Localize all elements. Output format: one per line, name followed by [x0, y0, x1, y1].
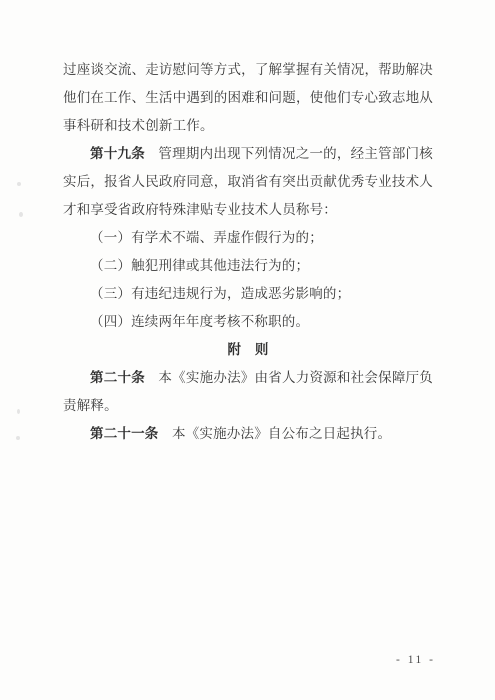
article-19-label: 第十九条	[90, 146, 145, 161]
page-number: - 11 -	[396, 654, 435, 666]
article-19-paragraph: 第十九条管理期内出现下列情况之一的，经主管部门核实后，报省人民政府同意，取消省有…	[63, 140, 433, 224]
scan-noise-speck	[17, 182, 21, 186]
article-20-label: 第二十条	[90, 370, 145, 385]
article-20-paragraph: 第二十条本《实施办法》由省人力资源和社会保障厅负责解释。	[63, 364, 433, 420]
list-item: （四）连续两年年度考核不称职的。	[63, 308, 433, 336]
list-item: （三）有违纪违规行为，造成恶劣影响的；	[63, 280, 433, 308]
article-21-paragraph: 第二十一条本《实施办法》自公布之日起执行。	[63, 420, 433, 448]
annex-heading: 附 则	[63, 336, 433, 364]
scan-noise-speck	[16, 436, 20, 440]
article-21-text: 本《实施办法》自公布之日起执行。	[172, 426, 391, 441]
scan-noise-speck	[19, 212, 23, 217]
list-item: （二）触犯刑律或其他违法行为的；	[63, 252, 433, 280]
scan-noise-speck	[17, 409, 20, 414]
scanned-document-page: 过座谈交流、走访慰问等方式，了解掌握有关情况，帮助解决他们在工作、生活中遇到的困…	[0, 0, 495, 700]
article-21-label: 第二十一条	[90, 426, 159, 441]
document-body: 过座谈交流、走访慰问等方式，了解掌握有关情况，帮助解决他们在工作、生活中遇到的困…	[63, 56, 433, 448]
list-item: （一）有学术不端、弄虚作假行为的；	[63, 224, 433, 252]
paragraph-continuation: 过座谈交流、走访慰问等方式，了解掌握有关情况，帮助解决他们在工作、生活中遇到的困…	[63, 56, 433, 140]
